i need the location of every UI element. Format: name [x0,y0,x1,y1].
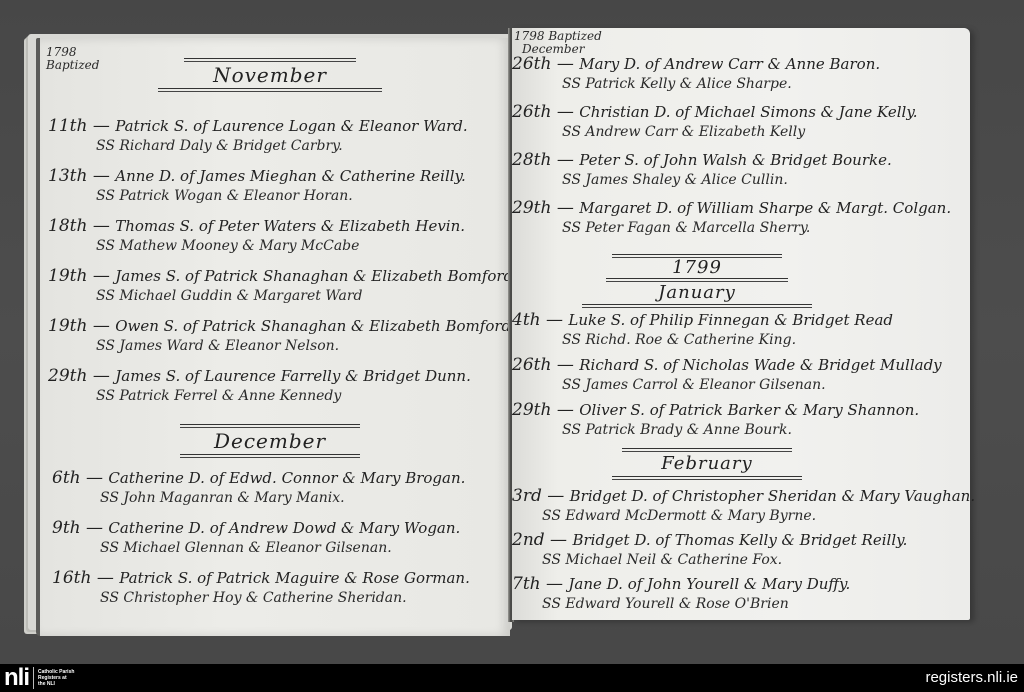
entry-day: 26th — [512,102,579,122]
month-label: January [612,282,782,304]
entry-child-parents: Richard S. of Nicholas Wade & Bridget Mu… [579,356,941,374]
entry-sponsors: SS Richd. Roe & Catherine King. [562,332,796,348]
entry-sponsors: SS Edward Yourell & Rose O'Brien [542,596,789,612]
entry-child-parents: Mary D. of Andrew Carr & Anne Baron. [579,55,880,73]
entry-child-parents: Jane D. of John Yourell & Mary Duffy. [568,575,850,593]
entry-baptism-line: 7th — Jane D. of John Yourell & Mary Duf… [512,574,850,594]
entry-sponsors: SS Peter Fagan & Marcella Sherry. [562,220,810,236]
month-heading-february: February [622,448,792,480]
entry-child-parents: Bridget D. of Christopher Sheridan & Mar… [570,487,975,505]
entry-child-parents: Oliver S. of Patrick Barker & Mary Shann… [579,401,919,419]
entry-baptism-line: 11th — Patrick S. of Laurence Logan & El… [48,116,468,136]
entry-child-parents: Luke S. of Philip Finnegan & Bridget Rea… [568,311,893,329]
nli-logo-mark: nli [4,666,29,690]
entry-child-parents: Peter S. of John Walsh & Bridget Bourke. [579,151,892,169]
entry-sponsors: SS Michael Guddin & Margaret Ward [96,288,363,304]
entry-sponsors: SS Mathew Mooney & Mary McCabe [96,238,359,254]
entry-sponsors: SS Patrick Ferrel & Anne Kennedy [96,388,341,404]
entry-day: 3rd — [512,486,570,506]
entry-baptism-line: 6th — Catherine D. of Edwd. Connor & Mar… [52,468,465,488]
year-label: 1799 [612,258,782,278]
entry-sponsors: SS James Shaley & Alice Cullin. [562,172,788,188]
right-page: 1798 Baptized December 26th — Mary D. of… [512,28,970,620]
month-heading-november: November [170,58,370,92]
entry-baptism-line: 29th — James S. of Laurence Farrelly & B… [48,366,471,386]
entry-day: 19th — [48,266,115,286]
entry-baptism-line: 18th — Thomas S. of Peter Waters & Eliza… [48,216,465,236]
month-label: November [170,62,370,88]
entry-day: 6th — [52,468,108,488]
site-link[interactable]: registers.nli.ie [925,669,1018,686]
entry-child-parents: Patrick S. of Patrick Maguire & Rose Gor… [119,569,470,587]
entry-day: 18th — [48,216,115,236]
entry-baptism-line: 19th — Owen S. of Patrick Shanaghan & El… [48,316,516,336]
nli-logo[interactable]: nli Catholic Parish Registers at the NLI [4,666,78,690]
month-label: December [180,428,360,454]
year-heading-1799: 1799 January [612,254,782,308]
entry-day: 4th — [512,310,568,330]
entry-baptism-line: 3rd — Bridget D. of Christopher Sheridan… [512,486,975,506]
entry-baptism-line: 16th — Patrick S. of Patrick Maguire & R… [52,568,470,588]
entry-baptism-line: 28th — Peter S. of John Walsh & Bridget … [512,150,892,170]
month-label: February [622,452,792,476]
entry-day: 9th — [52,518,108,538]
entry-day: 28th — [512,150,579,170]
entry-sponsors: SS Michael Glennan & Eleanor Gilsenan. [100,540,392,556]
entry-child-parents: Margaret D. of William Sharpe & Margt. C… [579,199,951,217]
entry-child-parents: Bridget D. of Thomas Kelly & Bridget Rei… [572,531,907,549]
entry-day: 11th — [48,116,115,136]
entry-baptism-line: 29th — Margaret D. of William Sharpe & M… [512,198,951,218]
entry-child-parents: Catherine D. of Andrew Dowd & Mary Wogan… [108,519,460,537]
entry-sponsors: SS John Maganran & Mary Manix. [100,490,345,506]
entry-baptism-line: 26th — Christian D. of Michael Simons & … [512,102,918,122]
entry-day: 7th — [512,574,568,594]
entry-sponsors: SS James Ward & Eleanor Nelson. [96,338,339,354]
entry-baptism-line: 19th — James S. of Patrick Shanaghan & E… [48,266,513,286]
entry-child-parents: Catherine D. of Edwd. Connor & Mary Brog… [108,469,465,487]
entry-child-parents: James S. of Patrick Shanaghan & Elizabet… [115,267,513,285]
entry-day: 26th — [512,355,579,375]
left-header-note: 1798 Baptized [46,46,99,72]
register-image-viewer[interactable]: 1798 Baptized November 11th — Patrick S.… [0,0,1024,664]
entry-baptism-line: 13th — Anne D. of James Mieghan & Cather… [48,166,466,186]
entry-baptism-line: 4th — Luke S. of Philip Finnegan & Bridg… [512,310,893,330]
entry-sponsors: SS Christopher Hoy & Catherine Sheridan. [100,590,407,606]
entry-baptism-line: 29th — Oliver S. of Patrick Barker & Mar… [512,400,919,420]
entry-sponsors: SS Andrew Carr & Elizabeth Kelly [562,124,805,140]
entry-day: 16th — [52,568,119,588]
footer-bar: nli Catholic Parish Registers at the NLI… [0,664,1024,692]
entry-day: 29th — [48,366,115,386]
entry-baptism-line: 26th — Mary D. of Andrew Carr & Anne Bar… [512,54,880,74]
entry-child-parents: James S. of Laurence Farrelly & Bridget … [115,367,471,385]
entry-day: 13th — [48,166,115,186]
entry-sponsors: SS Patrick Wogan & Eleanor Horan. [96,188,353,204]
entry-sponsors: SS Patrick Kelly & Alice Sharpe. [562,76,792,92]
entry-sponsors: SS Edward McDermott & Mary Byrne. [542,508,816,524]
left-page: 1798 Baptized November 11th — Patrick S.… [36,38,510,636]
entry-day: 29th — [512,400,579,420]
entry-baptism-line: 26th — Richard S. of Nicholas Wade & Bri… [512,355,942,375]
entry-child-parents: Thomas S. of Peter Waters & Elizabeth He… [115,217,465,235]
entry-day: 29th — [512,198,579,218]
entry-day: 19th — [48,316,115,336]
entry-child-parents: Patrick S. of Laurence Logan & Eleanor W… [115,117,467,135]
entry-child-parents: Owen S. of Patrick Shanaghan & Elizabeth… [115,317,516,335]
logo-caption: Catholic Parish Registers at the NLI [38,669,78,687]
entry-sponsors: SS James Carrol & Eleanor Gilsenan. [562,377,826,393]
logo-divider [33,667,34,689]
entry-child-parents: Anne D. of James Mieghan & Catherine Rei… [115,167,466,185]
entry-sponsors: SS Patrick Brady & Anne Bourk. [562,422,792,438]
entry-baptism-line: 9th — Catherine D. of Andrew Dowd & Mary… [52,518,460,538]
entry-sponsors: SS Richard Daly & Bridget Carbry. [96,138,343,154]
entry-day: 26th — [512,54,579,74]
month-heading-december: December [180,424,360,458]
entry-sponsors: SS Michael Neil & Catherine Fox. [542,552,782,568]
entry-baptism-line: 2nd — Bridget D. of Thomas Kelly & Bridg… [512,530,907,550]
entry-day: 2nd — [512,530,572,550]
right-header-note: 1798 Baptized December [514,30,602,56]
entry-child-parents: Christian D. of Michael Simons & Jane Ke… [579,103,917,121]
header-baptized: Baptized [46,59,99,72]
logo-caption-line: the NLI [38,681,78,687]
